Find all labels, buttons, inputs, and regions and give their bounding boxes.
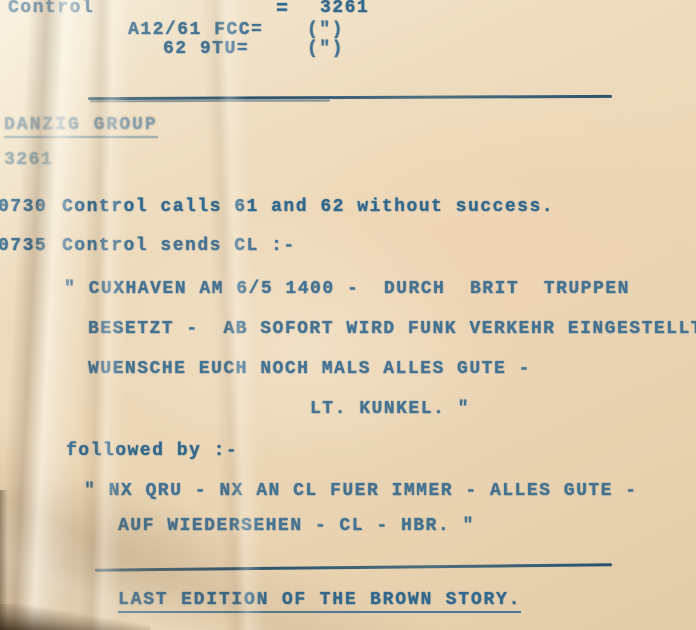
log-entry-2-text: Control sends CL :- <box>62 236 296 256</box>
log-entry-1-time: 0730 <box>0 197 47 217</box>
log-entry-1-text: Control calls 61 and 62 without success. <box>62 197 554 217</box>
footer-title: LAST EDITION OF THE BROWN STORY. <box>118 590 521 613</box>
log-entry-2-time: 0735 <box>0 236 47 256</box>
typed-text-layer: Control = 3261 A12/61 FCC= (") 62 9TU= (… <box>0 0 696 630</box>
message-1-line-1: " CUXHAVEN AM 6/5 1400 - DURCH BRIT TRUP… <box>64 279 630 299</box>
horizontal-rule-bottom <box>95 563 612 571</box>
control-frequency-value: 3261 <box>320 0 369 18</box>
header-equals-sign: = <box>276 0 290 21</box>
outstation-61-ditto: (") <box>307 20 344 40</box>
message-1-signature: LT. KUNKEL. " <box>310 399 470 419</box>
document-photo: Control = 3261 A12/61 FCC= (") 62 9TU= (… <box>0 0 696 630</box>
message-2-line-2: AUF WIEDERSEHEN - CL - HBR. " <box>118 516 475 536</box>
outstation-61-entry: A12/61 FCC= <box>128 20 263 40</box>
control-station-label: Control <box>8 0 94 18</box>
group-heading: DANZIG GROUP <box>4 115 158 138</box>
connector-text: followed by :- <box>66 441 238 461</box>
outstation-62-ditto: (") <box>307 39 344 59</box>
horizontal-rule-top-echo <box>90 100 330 103</box>
outstation-62-entry: 62 9TU= <box>163 39 249 59</box>
message-1-line-2: BESETZT - AB SOFORT WIRD FUNK VERKEHR EI… <box>88 319 696 339</box>
message-2-line-1: " NX QRU - NX AN CL FUER IMMER - ALLES G… <box>84 481 638 501</box>
group-frequency-value: 3261 <box>4 150 53 170</box>
message-1-line-3: WUENSCHE EUCH NOCH MALS ALLES GUTE - <box>88 359 531 379</box>
